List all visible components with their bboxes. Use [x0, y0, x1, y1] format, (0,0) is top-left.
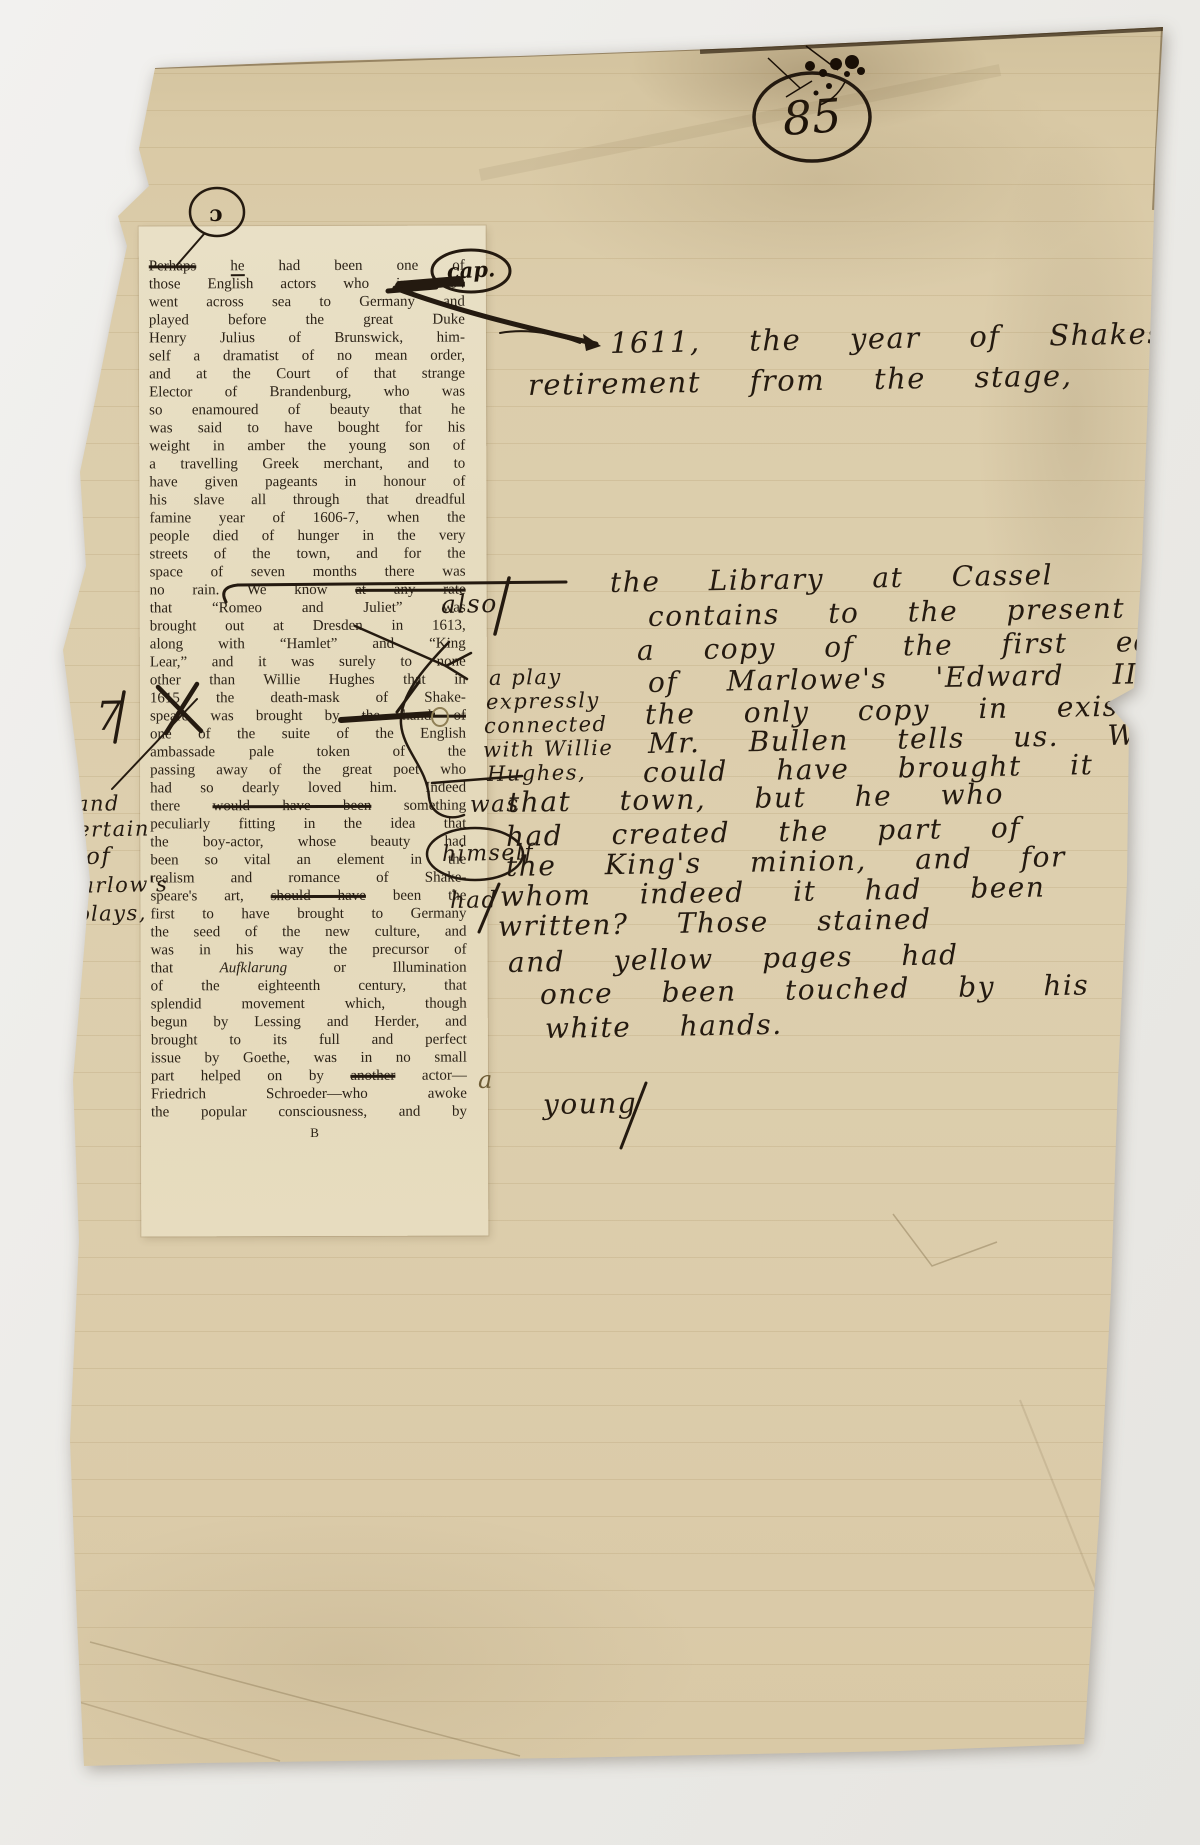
handwriting-note-had: had	[450, 887, 498, 914]
handwriting-main-15: white hands.	[545, 1008, 783, 1045]
handwriting-note-certain: certain	[64, 817, 150, 842]
printed-line: the popular consciousness, and by	[151, 1103, 467, 1122]
printed-line: played before the great Duke	[149, 311, 465, 330]
handwriting-note-with-willie: with Willie	[483, 736, 614, 762]
cap-annotation: cap.	[446, 256, 496, 283]
printed-line: speare was brought by the hand of	[150, 707, 466, 726]
printed-line: passing away of the great poet who	[150, 761, 466, 780]
handwriting-note-plays: plays,	[76, 901, 147, 926]
handwriting-note-connected: connected	[484, 712, 608, 738]
printed-line: had so dearly loved him. Indeed	[150, 779, 466, 798]
printed-line: begun by Lessing and Herder, and	[151, 1013, 467, 1032]
printed-line: along with “Hamlet” and “King	[150, 635, 466, 654]
printed-line: the seed of the new culture, and	[151, 923, 467, 942]
printed-line: Perhaps he had been one of	[149, 257, 465, 276]
printed-line: famine year of 1606-7, when the	[149, 509, 465, 528]
handwriting-year-line-2: retirement from the stage,	[528, 359, 1073, 402]
printed-line: of the eighteenth century, that	[151, 977, 467, 996]
printed-line: was said to have bought for his	[149, 419, 465, 438]
printed-line: and at the Court of that strange	[149, 365, 465, 384]
printed-line: Henry Julius of Brunswick, him-	[149, 329, 465, 348]
printed-line: so enamoured of beauty that he	[149, 401, 465, 420]
printed-line: that “Romeo and Juliet” was	[150, 599, 466, 618]
printed-line: 1615 the death-mask of Shake-	[150, 689, 466, 708]
printed-line: one of the suite of the English	[150, 725, 466, 744]
printed-line: weight in amber the young son of	[149, 437, 465, 456]
handwriting-note-was: was	[470, 791, 520, 818]
handwriting-insert-a: a	[478, 1066, 494, 1094]
manuscript-page-wrap: Perhaps he had been one ofthose English …	[0, 0, 1200, 1845]
printed-line: brought to its full and perfect	[151, 1031, 467, 1050]
printed-line: issue by Goethe, was in no small	[151, 1049, 467, 1068]
handwriting-note-and: and	[76, 791, 120, 816]
signature-mark: B	[141, 1125, 488, 1142]
scan-background: Perhaps he had been one ofthose English …	[0, 0, 1200, 1845]
printed-text-column: Perhaps he had been one ofthose English …	[149, 257, 467, 1122]
printed-line: that Aufklarung or Illumination	[151, 959, 467, 978]
handwriting-note-hughes: Hughes,	[487, 760, 587, 786]
handwriting-note-marlows: marlow's	[60, 872, 169, 898]
handwriting-insert-young: young	[543, 1086, 638, 1121]
printed-line: been so vital an element in the	[150, 851, 466, 870]
printed-line: those English actors who in 1604	[149, 275, 465, 294]
handwriting-note-also: also	[441, 589, 498, 619]
printed-line: peculiarly fitting in the idea that	[150, 815, 466, 834]
handwriting-mark-7: 7	[96, 694, 124, 740]
printed-line: Lear,” and it was surely to none	[150, 653, 466, 672]
printed-line: other than Willie Hughes that in	[150, 671, 466, 690]
printed-line: a travelling Greek merchant, and to	[149, 455, 465, 474]
printed-line: no rain. We know at any rate	[150, 581, 466, 600]
handwriting-note-himself: himself	[442, 840, 534, 867]
printed-line: streets of the town, and for the	[150, 545, 466, 564]
printed-line: Elector of Brandenburg, who was	[149, 383, 465, 402]
printed-line: the boy-actor, whose beauty had	[150, 833, 466, 852]
printed-line: ambassadepale token of the	[150, 743, 466, 762]
printed-line: have given pageants in honour of	[149, 473, 465, 492]
printed-line: people died of hunger in the very	[149, 527, 465, 546]
handwriting-note-expressly: expressly	[486, 688, 600, 714]
handwriting-note-a-play: a play	[489, 665, 562, 690]
pasted-printed-clipping: Perhaps he had been one ofthose English …	[139, 226, 489, 1237]
printed-line: speare's art, should have been the	[150, 887, 466, 906]
printed-line: his slave all through that dreadful	[149, 491, 465, 510]
printed-line: splendid movement which, though	[151, 995, 467, 1014]
printed-line: went across sea to Germany and	[149, 293, 465, 312]
printed-line: self a dramatist of no mean order,	[149, 347, 465, 366]
manuscript-page: Perhaps he had been one ofthose English …	[0, 0, 1200, 1845]
printed-line: space of seven months there was	[150, 563, 466, 582]
printed-line: was in his way the precursor of	[151, 941, 467, 960]
handwriting-note-of: of	[86, 844, 112, 870]
page-number: 85	[781, 88, 843, 146]
circled-proof-mark: ɔ	[209, 201, 222, 227]
printed-line: first to have brought to Germany	[150, 905, 466, 924]
printed-line: there would have been something	[150, 797, 466, 816]
printed-line: part helped on by another actor—	[151, 1067, 467, 1086]
printed-line: realism and romance of Shake-	[150, 869, 466, 888]
handwriting-year-line-1: 1611, the year of Shakespeare's	[610, 314, 1200, 360]
handwriting-main-12: written? Those stained	[498, 902, 932, 943]
printed-line: Friedrich Schroeder—who awoke	[151, 1085, 467, 1104]
printed-line: brought out at Dresden in 1613,	[150, 617, 466, 636]
handwriting-main-1: the Library at Cassel	[610, 558, 1054, 599]
